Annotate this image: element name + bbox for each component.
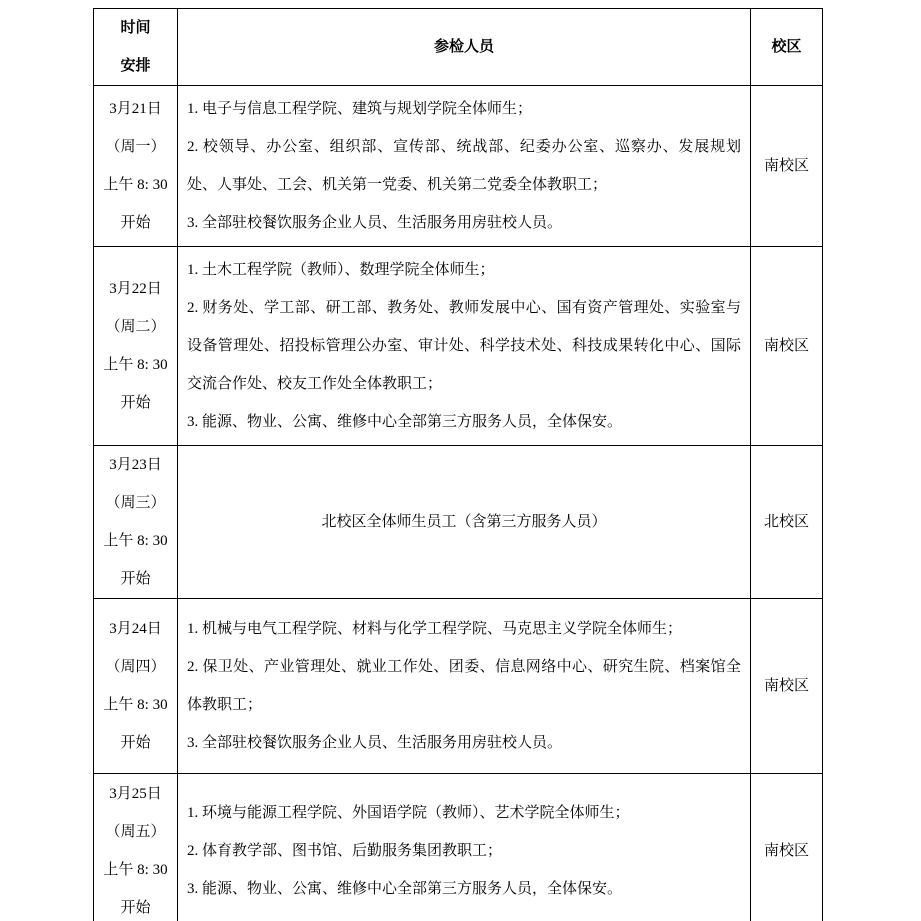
- header-personnel: 参检人员: [178, 9, 751, 86]
- text-line: 开始: [94, 204, 177, 242]
- personnel-cell: 1. 机械与电气工程学院、材料与化学工程学院、马克思主义学院全体师生；2. 保卫…: [178, 599, 751, 774]
- table-row-mar25: 3月25日（周五）上午 8: 30开始 1. 环境与能源工程学院、外国语学院（教…: [94, 774, 823, 921]
- campus-cell: 南校区: [751, 86, 823, 247]
- text-line: 上午 8: 30: [94, 166, 177, 204]
- text-line: 3月24日: [94, 610, 177, 648]
- time-cell: 3月21日（周一）上午 8: 30开始: [94, 86, 178, 247]
- text-line: 3月21日: [94, 90, 177, 128]
- campus-cell: 南校区: [751, 247, 823, 446]
- text-line: 上午 8: 30: [94, 522, 177, 560]
- personnel-cell: 1. 电子与信息工程学院、建筑与规划学院全体师生；2. 校领导、办公室、组织部、…: [178, 86, 751, 247]
- time-cell: 3月22日（周二）上午 8: 30开始: [94, 247, 178, 446]
- table-row-mar21: 3月21日（周一）上午 8: 30开始 1. 电子与信息工程学院、建筑与规划学院…: [94, 86, 823, 247]
- text-line: 上午 8: 30: [94, 851, 177, 889]
- text-line: 3. 全部驻校餐饮服务企业人员、生活服务用房驻校人员。: [187, 204, 741, 242]
- text-line: 上午 8: 30: [94, 686, 177, 724]
- text-line: 3. 能源、物业、公寓、维修中心全部第三方服务人员，全体保安。: [187, 403, 741, 441]
- text-line: 开始: [94, 560, 177, 598]
- text-line: 3. 能源、物业、公寓、维修中心全部第三方服务人员，全体保安。: [187, 870, 741, 908]
- table-header-row: 时间安排 参检人员 校区: [94, 9, 823, 86]
- time-cell: 3月24日（周四）上午 8: 30开始: [94, 599, 178, 774]
- text-line: 3. 全部驻校餐饮服务企业人员、生活服务用房驻校人员。: [187, 724, 741, 762]
- table-row-mar22: 3月22日（周二）上午 8: 30开始 1. 土木工程学院（教师）、数理学院全体…: [94, 247, 823, 446]
- text-line: （周一）: [94, 128, 177, 166]
- personnel-cell: 北校区全体师生员工（含第三方服务人员）: [178, 446, 751, 599]
- text-line: 开始: [94, 889, 177, 921]
- text-line: 1. 机械与电气工程学院、材料与化学工程学院、马克思主义学院全体师生；: [187, 610, 741, 648]
- campus-cell: 北校区: [751, 446, 823, 599]
- text-line: 3月22日: [94, 270, 177, 308]
- text-line: 1. 环境与能源工程学院、外国语学院（教师）、艺术学院全体师生；: [187, 794, 741, 832]
- campus-cell: 南校区: [751, 774, 823, 921]
- text-line: 1. 土木工程学院（教师）、数理学院全体师生；: [187, 251, 741, 289]
- text-line: 2. 财务处、学工部、研工部、教务处、教师发展中心、国有资产管理处、实验室与设备…: [187, 289, 741, 403]
- text-line: （周三）: [94, 484, 177, 522]
- text-line: 开始: [94, 724, 177, 762]
- text-line: 安排: [94, 47, 177, 85]
- text-line: 上午 8: 30: [94, 346, 177, 384]
- personnel-cell: 1. 土木工程学院（教师）、数理学院全体师生；2. 财务处、学工部、研工部、教务…: [178, 247, 751, 446]
- text-line: 2. 保卫处、产业管理处、就业工作处、团委、信息网络中心、研究生院、档案馆全体教…: [187, 648, 741, 724]
- personnel-cell: 1. 环境与能源工程学院、外国语学院（教师）、艺术学院全体师生；2. 体育教学部…: [178, 774, 751, 921]
- time-cell: 3月23日（周三）上午 8: 30开始: [94, 446, 178, 599]
- document-page: 时间安排 参检人员 校区 3月21日（周一）上午 8: 30开始 1. 电子与信…: [0, 0, 921, 921]
- text-line: （周五）: [94, 813, 177, 851]
- schedule-table: 时间安排 参检人员 校区 3月21日（周一）上午 8: 30开始 1. 电子与信…: [93, 8, 823, 921]
- header-campus: 校区: [751, 9, 823, 86]
- table-row-mar23: 3月23日（周三）上午 8: 30开始 北校区全体师生员工（含第三方服务人员） …: [94, 446, 823, 599]
- text-line: 2. 体育教学部、图书馆、后勤服务集团教职工；: [187, 832, 741, 870]
- text-line: 开始: [94, 384, 177, 422]
- text-line: （周二）: [94, 308, 177, 346]
- time-cell: 3月25日（周五）上午 8: 30开始: [94, 774, 178, 921]
- campus-cell: 南校区: [751, 599, 823, 774]
- text-line: 3月25日: [94, 775, 177, 813]
- text-line: 2. 校领导、办公室、组织部、宣传部、统战部、纪委办公室、巡察办、发展规划处、人…: [187, 128, 741, 204]
- text-line: 1. 电子与信息工程学院、建筑与规划学院全体师生；: [187, 90, 741, 128]
- text-line: 3月23日: [94, 446, 177, 484]
- header-time: 时间安排: [94, 9, 178, 86]
- text-line: 时间: [94, 9, 177, 47]
- text-line: （周四）: [94, 648, 177, 686]
- table-row-mar24: 3月24日（周四）上午 8: 30开始 1. 机械与电气工程学院、材料与化学工程…: [94, 599, 823, 774]
